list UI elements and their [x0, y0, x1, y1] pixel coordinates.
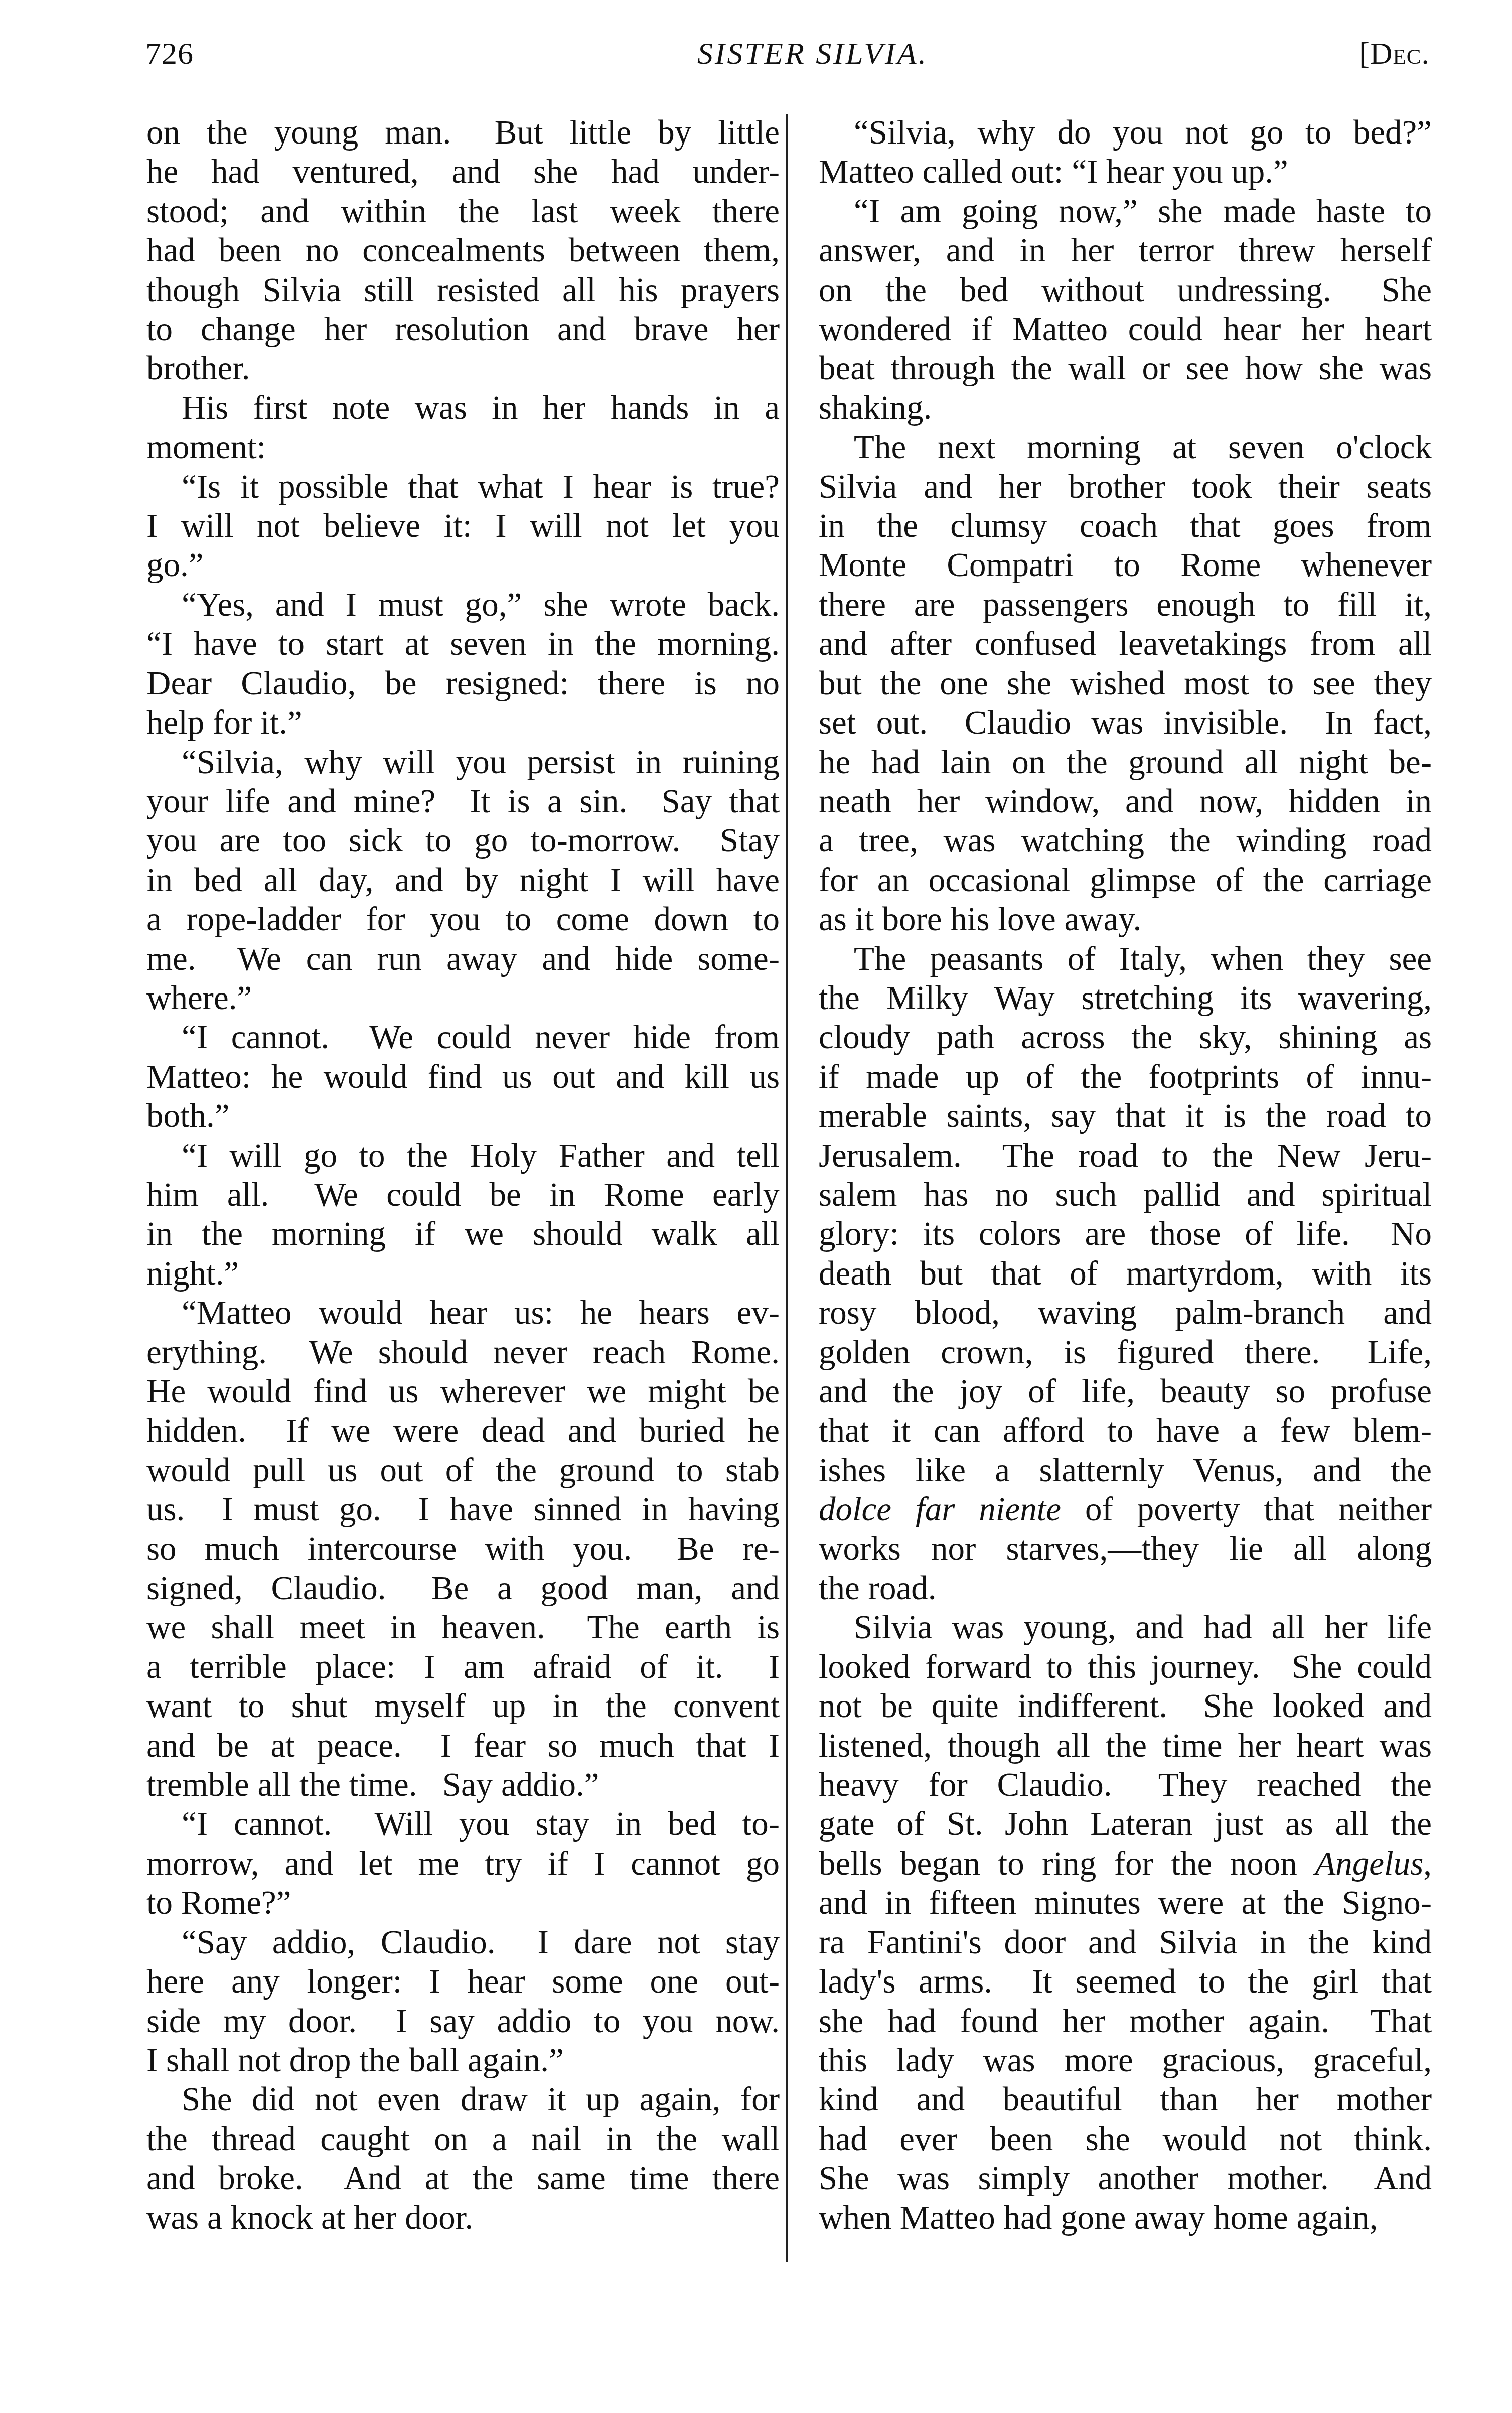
text-line: a tree, was watching the winding road: [819, 821, 1432, 860]
text-line: go.”: [146, 545, 780, 585]
text-line: on the young man. But little by little: [146, 113, 780, 152]
text-line: death but that of martyrdom, with its: [819, 1254, 1432, 1293]
text-line: lady's arms. It seemed to the girl that: [819, 1962, 1432, 2001]
text-line: though Silvia still resisted all his pra…: [146, 270, 780, 310]
text-line: but the one she wished most to see they: [819, 664, 1432, 703]
text-line: this lady was more gracious, graceful,: [819, 2041, 1432, 2080]
text-line: He would find us wherever we might be: [146, 1372, 780, 1411]
text-line: listened, though all the time her heart …: [819, 1726, 1432, 1765]
text-line: both.”: [146, 1096, 780, 1135]
text-line: would pull us out of the ground to stab: [146, 1451, 780, 1490]
text-line: and after confused leavetakings from all: [819, 624, 1432, 663]
text-line: you are too sick to go to-morrow. Stay: [146, 821, 780, 860]
text-line: kind and beautiful than her mother: [819, 2080, 1432, 2119]
text-line: was a knock at her door.: [146, 2198, 780, 2237]
text-line: and the joy of life, beauty so profuse: [819, 1372, 1432, 1411]
text-line: Monte Compatri to Rome whenever: [819, 545, 1432, 585]
text-line: Silvia was young, and had all her life: [819, 1608, 1432, 1647]
text-line: cloudy path across the sky, shining as: [819, 1018, 1432, 1057]
text-line: “Yes, and I must go,” she wrote back.: [146, 585, 780, 624]
text-line: I shall not drop the ball again.”: [146, 2041, 780, 2080]
text-line: there are passengers enough to fill it,: [819, 585, 1432, 624]
text-line: beat through the wall or see how she was: [819, 349, 1432, 388]
text-line: gate of St. John Lateran just as all the: [819, 1804, 1432, 1843]
text-line: a rope-ladder for you to come down to: [146, 900, 780, 939]
text-line: rosy blood, waving palm-branch and: [819, 1293, 1432, 1332]
running-head: 726 SISTER SILVIA. [Dec.: [145, 31, 1430, 76]
text-line: he had ventured, and she had under-: [146, 152, 780, 191]
text-line: salem has no such pallid and spiritual: [819, 1175, 1432, 1214]
text-line: to Rome?”: [146, 1883, 780, 1922]
text-line: the Milky Way stretching its wavering,: [819, 978, 1432, 1018]
text-line: here any longer: I hear some one out-: [146, 1962, 780, 2001]
text-line: Jerusalem. The road to the New Jeru-: [819, 1136, 1432, 1175]
text-line: Silvia and her brother took their seats: [819, 467, 1432, 506]
running-month: [Dec.: [1359, 31, 1430, 76]
text-line: “I am going now,” she made haste to: [819, 192, 1432, 231]
text-line: your life and mine? It is a sin. Say tha…: [146, 782, 780, 821]
paragraph: “Yes, and I must go,” she wrote back.“I …: [146, 585, 780, 743]
text-line: we shall meet in heaven. The earth is: [146, 1608, 780, 1647]
text-line: night.”: [146, 1254, 780, 1293]
text-line: glory: its colors are those of life. No: [819, 1214, 1432, 1253]
text-line: works nor starves,—they lie all along: [819, 1529, 1432, 1569]
text-line: moment:: [146, 428, 780, 467]
text-line: had ever been she would not think.: [819, 2119, 1432, 2159]
text-line: She did not even draw it up again, for: [146, 2080, 780, 2119]
text-line: Matteo: he would find us out and kill us: [146, 1057, 780, 1096]
text-line: help for it.”: [146, 703, 780, 742]
text-line: that it can afford to have a few blem-: [819, 1411, 1432, 1450]
italic-phrase: Angelus: [1315, 1845, 1423, 1882]
text-line: “I have to start at seven in the morning…: [146, 624, 780, 663]
text-line: and be at peace. I fear so much that I: [146, 1726, 780, 1765]
italic-phrase: dolce far niente: [819, 1491, 1061, 1528]
text-line: golden crown, is figured there. Life,: [819, 1333, 1432, 1372]
text-line: in the morning if we should walk all: [146, 1214, 780, 1253]
text-line: erything. We should never reach Rome.: [146, 1333, 780, 1372]
text-line: not be quite indifferent. She looked and: [819, 1686, 1432, 1726]
text-line: ra Fantini's door and Silvia in the kind: [819, 1923, 1432, 1962]
paragraph: “I cannot. Will you stay in bed to-morro…: [146, 1804, 780, 1922]
text-line: the thread caught on a nail in the wall: [146, 2119, 780, 2159]
text-line: merable saints, say that it is the road …: [819, 1096, 1432, 1135]
text-line: for an occasional glimpse of the carriag…: [819, 861, 1432, 900]
text-line: she had found her mother again. That: [819, 2002, 1432, 2041]
text-line: Matteo called out: “I hear you up.”: [819, 152, 1432, 191]
paragraph: “I cannot. We could never hide fromMatte…: [146, 1018, 780, 1135]
text-line: Dear Claudio, be resigned: there is no: [146, 664, 780, 703]
text-line: so much intercourse with you. Be re-: [146, 1529, 780, 1569]
text-line: neath her window, and now, hidden in: [819, 782, 1432, 821]
text-line: in the clumsy coach that goes from: [819, 506, 1432, 545]
text-line: The peasants of Italy, when they see: [819, 939, 1432, 978]
text-line: when Matteo had gone away home again,: [819, 2198, 1432, 2237]
text-line: “I will go to the Holy Father and tell: [146, 1136, 780, 1175]
text-line: a terrible place: I am afraid of it. I: [146, 1647, 780, 1686]
text-line: had been no concealments between them,: [146, 231, 780, 270]
text-line: to change her resolution and brave her: [146, 310, 780, 349]
text-line: brother.: [146, 349, 780, 388]
text-line: “Is it possible that what I hear is true…: [146, 467, 780, 506]
text-line: signed, Claudio. Be a good man, and: [146, 1569, 780, 1608]
paragraph: “Is it possible that what I hear is true…: [146, 467, 780, 585]
text-line: as it bore his love away.: [819, 900, 1432, 939]
text-line: he had lain on the ground all night be-: [819, 743, 1432, 782]
text-line: hidden. If we were dead and buried he: [146, 1411, 780, 1450]
text-line: stood; and within the last week there: [146, 192, 780, 231]
running-title: SISTER SILVIA.: [145, 31, 1430, 76]
paragraph: “I am going now,” she made haste toanswe…: [819, 192, 1432, 428]
text-line: “Silvia, why will you persist in ruining: [146, 743, 780, 782]
column-divider: [786, 114, 788, 2262]
text-line: The next morning at seven o'clock: [819, 428, 1432, 467]
left-column: on the young man. But little by littlehe…: [146, 113, 780, 2237]
paragraph: The next morning at seven o'clockSilvia …: [819, 428, 1432, 939]
text-line: us. I must go. I have sinned in having: [146, 1490, 780, 1529]
text-line: “Say addio, Claudio. I dare not stay: [146, 1923, 780, 1962]
paragraph: on the young man. But little by littlehe…: [146, 113, 780, 388]
paragraph: “Silvia, why do you not go to bed?”Matte…: [819, 113, 1432, 192]
text-line: answer, and in her terror threw herself: [819, 231, 1432, 270]
text-line: on the bed without undressing. She: [819, 270, 1432, 310]
text-line: She was simply another mother. And: [819, 2159, 1432, 2198]
text-line: and in fifteen minutes were at the Signo…: [819, 1883, 1432, 1922]
text-line: want to shut myself up in the convent: [146, 1686, 780, 1726]
text-line: “I cannot. We could never hide from: [146, 1018, 780, 1057]
paragraph: “Say addio, Claudio. I dare not stayhere…: [146, 1923, 780, 2080]
text-line: tremble all the time. Say addio.”: [146, 1765, 780, 1804]
text-line: “Matteo would hear us: he hears ev-: [146, 1293, 780, 1332]
text-line: bells began to ring for the noon Angelus…: [819, 1844, 1432, 1883]
paragraph: The peasants of Italy, when they seethe …: [819, 939, 1432, 1608]
text-line: ishes like a slatternly Venus, and the: [819, 1451, 1432, 1490]
text-line: if made up of the footprints of innu-: [819, 1057, 1432, 1096]
paragraph: Silvia was young, and had all her lifelo…: [819, 1608, 1432, 2237]
text-line: morrow, and let me try if I cannot go: [146, 1844, 780, 1883]
text-line: side my door. I say addio to you now.: [146, 2002, 780, 2041]
paragraph: “Silvia, why will you persist in ruining…: [146, 743, 780, 1018]
text-line: in bed all day, and by night I will have: [146, 861, 780, 900]
text-line: I will not believe it: I will not let yo…: [146, 506, 780, 545]
text-line: looked forward to this journey. She coul…: [819, 1647, 1432, 1686]
text-line: dolce far niente of poverty that neither: [819, 1490, 1432, 1529]
text-line: heavy for Claudio. They reached the: [819, 1765, 1432, 1804]
text-line: him all. We could be in Rome early: [146, 1175, 780, 1214]
text-line: where.”: [146, 978, 780, 1018]
paragraph: “Matteo would hear us: he hears ev-eryth…: [146, 1293, 780, 1804]
paragraph: She did not even draw it up again, forth…: [146, 2080, 780, 2237]
magazine-page: 726 SISTER SILVIA. [Dec. on the young ma…: [0, 0, 1512, 2413]
text-line: His first note was in her hands in a: [146, 388, 780, 428]
text-line: and broke. And at the same time there: [146, 2159, 780, 2198]
right-column: “Silvia, why do you not go to bed?”Matte…: [819, 113, 1432, 2237]
paragraph: “I will go to the Holy Father and tellhi…: [146, 1136, 780, 1294]
text-line: shaking.: [819, 388, 1432, 428]
text-line: the road.: [819, 1569, 1432, 1608]
text-line: set out. Claudio was invisible. In fact,: [819, 703, 1432, 742]
text-line: “Silvia, why do you not go to bed?”: [819, 113, 1432, 152]
text-line: me. We can run away and hide some-: [146, 939, 780, 978]
text-line: wondered if Matteo could hear her heart: [819, 310, 1432, 349]
paragraph: His first note was in her hands in amome…: [146, 388, 780, 467]
text-line: “I cannot. Will you stay in bed to-: [146, 1804, 780, 1843]
